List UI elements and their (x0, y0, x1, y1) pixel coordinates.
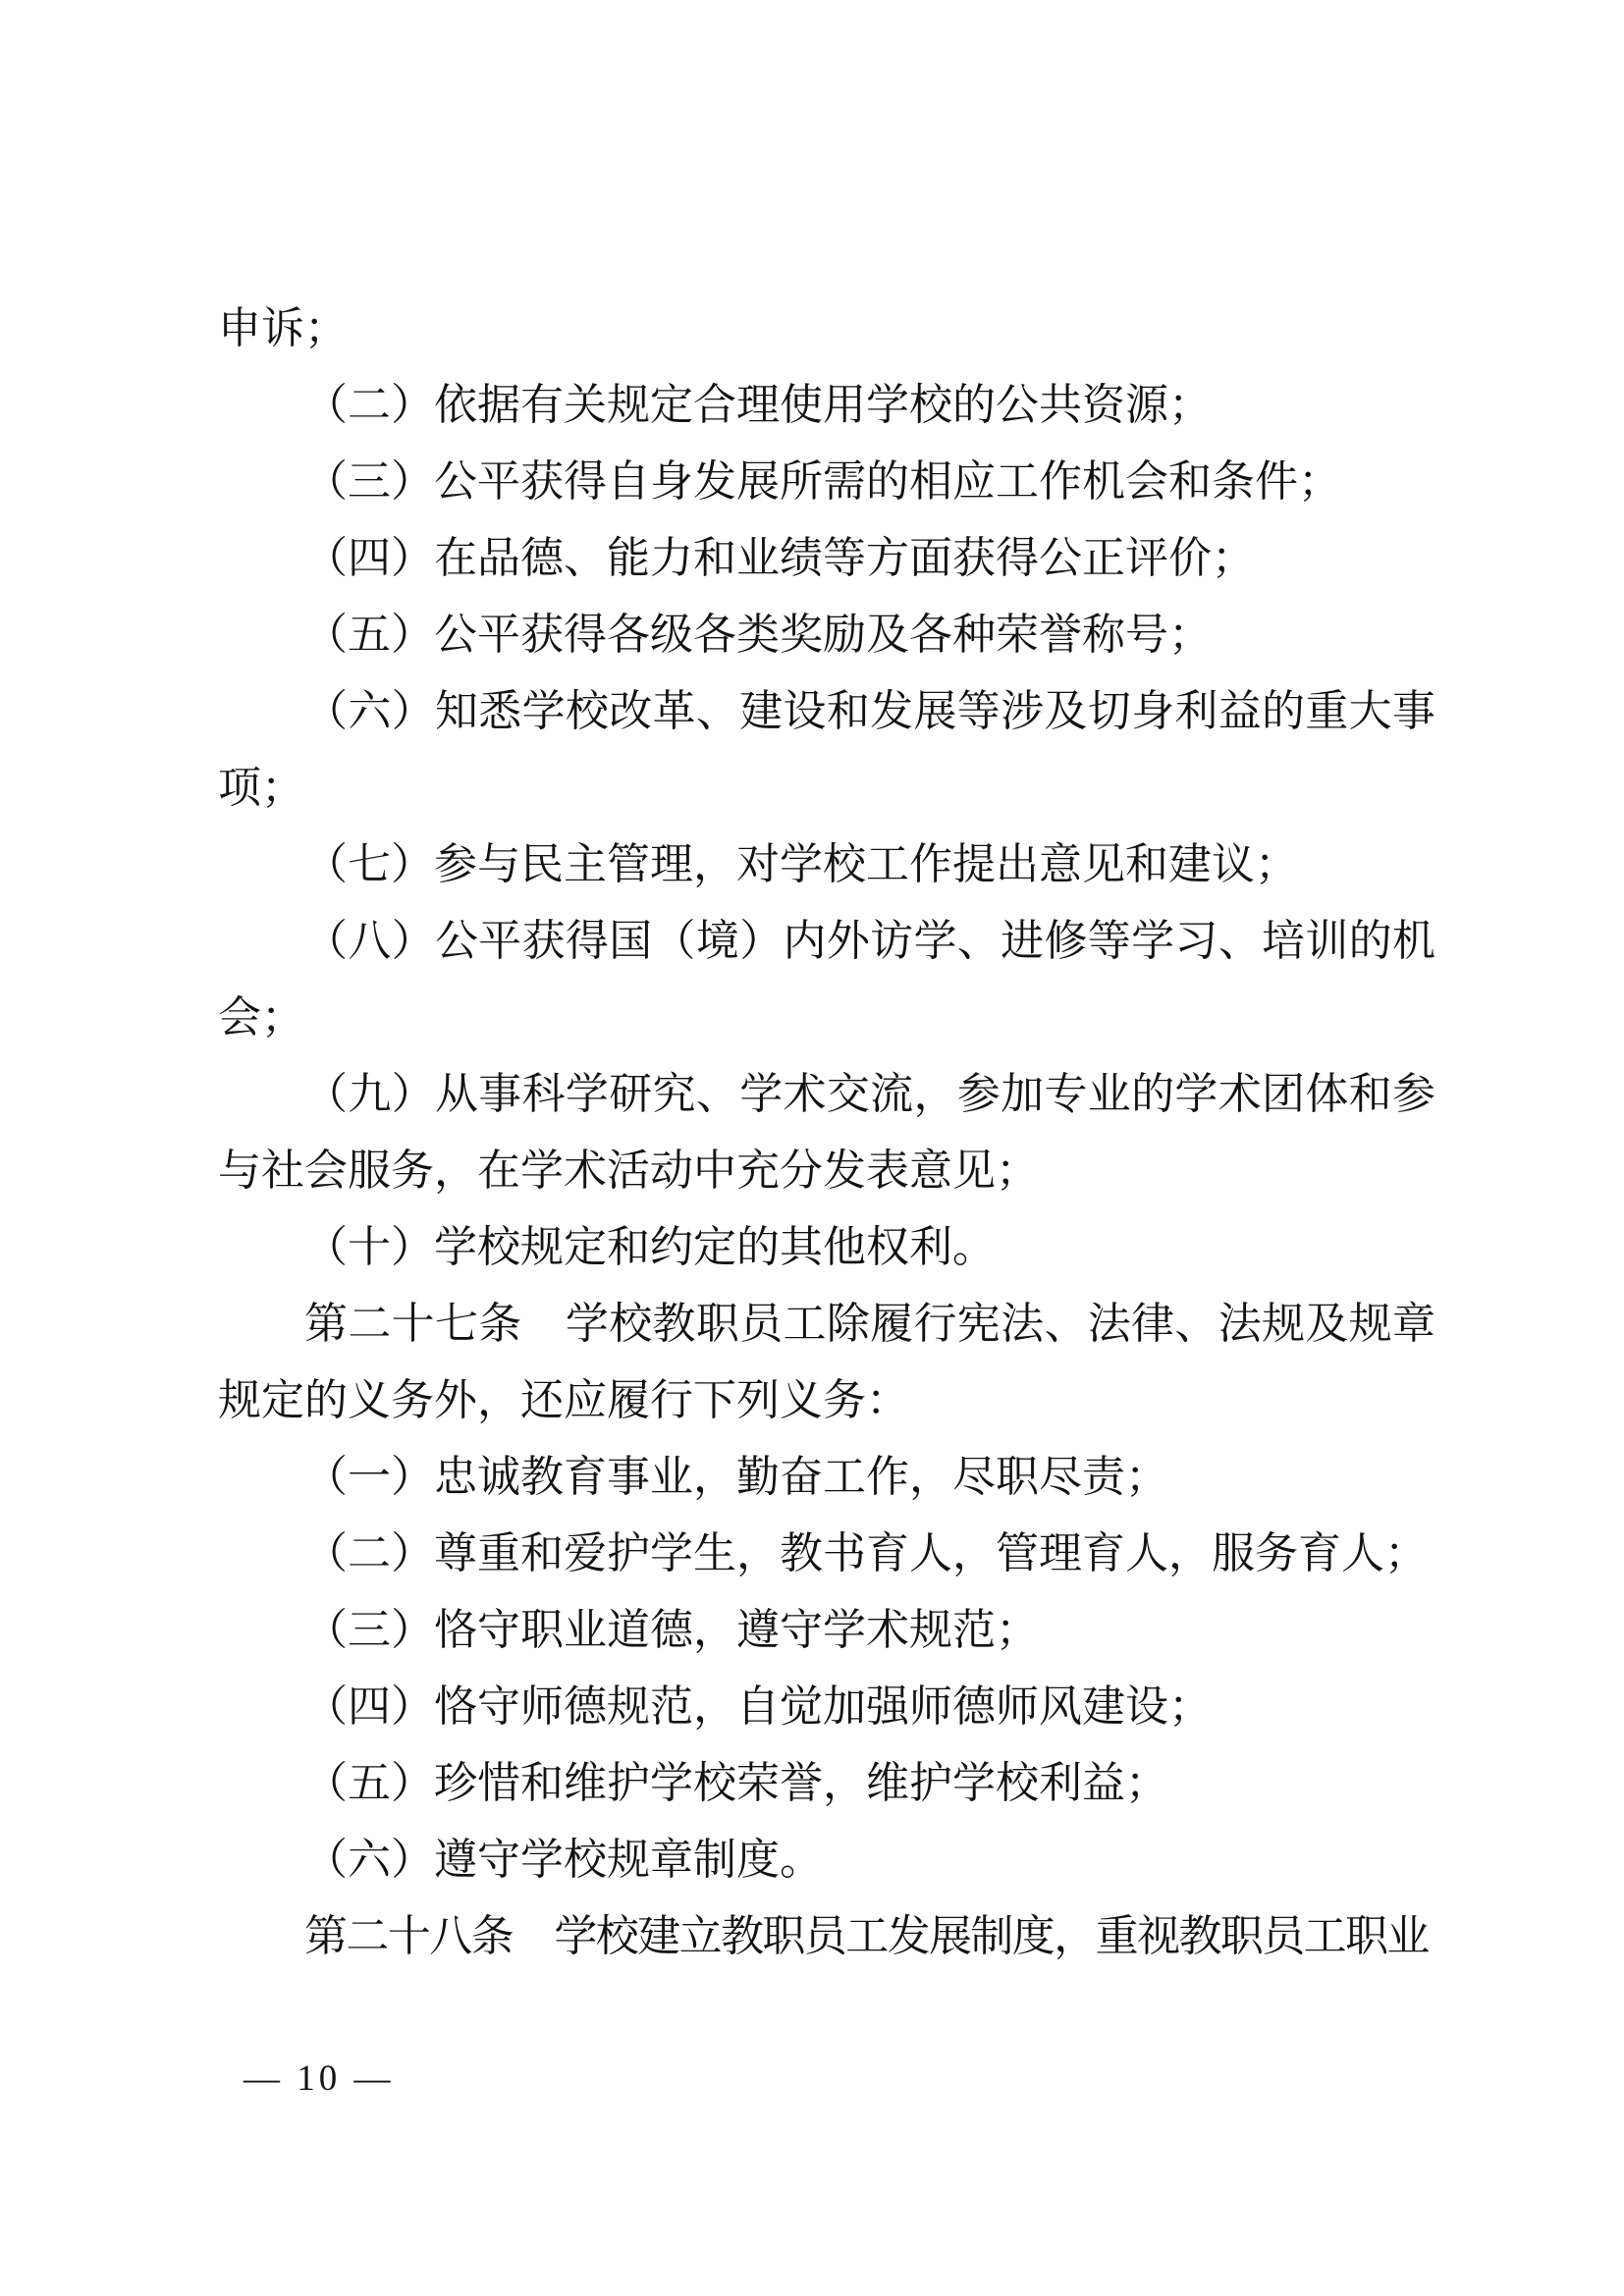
page-number: — 10 — (244, 2058, 395, 2099)
paragraph: 申诉； (218, 291, 1435, 367)
paragraph: 第二十七条 学校教职员工除履行宪法、法律、法规及规章规定的义务外，还应履行下列义… (218, 1286, 1435, 1439)
paragraph: （五）珍惜和维护学校荣誉，维护学校利益； (218, 1745, 1435, 1822)
paragraph: （二）尊重和爱护学生，教书育人，管理育人，服务育人； (218, 1516, 1435, 1592)
paragraph: （四）恪守师德规范，自觉加强师德师风建设； (218, 1669, 1435, 1745)
paragraph: （二）依据有关规定合理使用学校的公共资源； (218, 367, 1435, 444)
page-footer: — 10 — (244, 2057, 395, 2101)
paragraph: （六）遵守学校规章制度。 (218, 1822, 1435, 1898)
paragraph: （五）公平获得各级各类奖励及各种荣誉称号； (218, 597, 1435, 673)
paragraph: （八）公平获得国（境）内外访学、进修等学习、培训的机会； (218, 903, 1435, 1056)
paragraph: （四）在品德、能力和业绩等方面获得公正评价； (218, 520, 1435, 597)
paragraph: （七）参与民主管理，对学校工作提出意见和建议； (218, 827, 1435, 903)
document-page: 申诉；（二）依据有关规定合理使用学校的公共资源；（三）公平获得自身发展所需的相应… (0, 0, 1624, 2296)
paragraph: （三）公平获得自身发展所需的相应工作机会和条件； (218, 444, 1435, 520)
paragraph: （九）从事科学研究、学术交流，参加专业的学术团体和参与社会服务，在学术活动中充分… (218, 1056, 1435, 1209)
document-body: 申诉；（二）依据有关规定合理使用学校的公共资源；（三）公平获得自身发展所需的相应… (218, 291, 1435, 1975)
paragraph: （三）恪守职业道德，遵守学术规范； (218, 1592, 1435, 1669)
paragraph: 第二十八条 学校建立教职员工发展制度，重视教职员工职业 (218, 1898, 1435, 1975)
paragraph: （十）学校规定和约定的其他权利。 (218, 1209, 1435, 1286)
paragraph: （六）知悉学校改革、建设和发展等涉及切身利益的重大事项； (218, 673, 1435, 827)
paragraph: （一）忠诚教育事业，勤奋工作，尽职尽责； (218, 1439, 1435, 1516)
